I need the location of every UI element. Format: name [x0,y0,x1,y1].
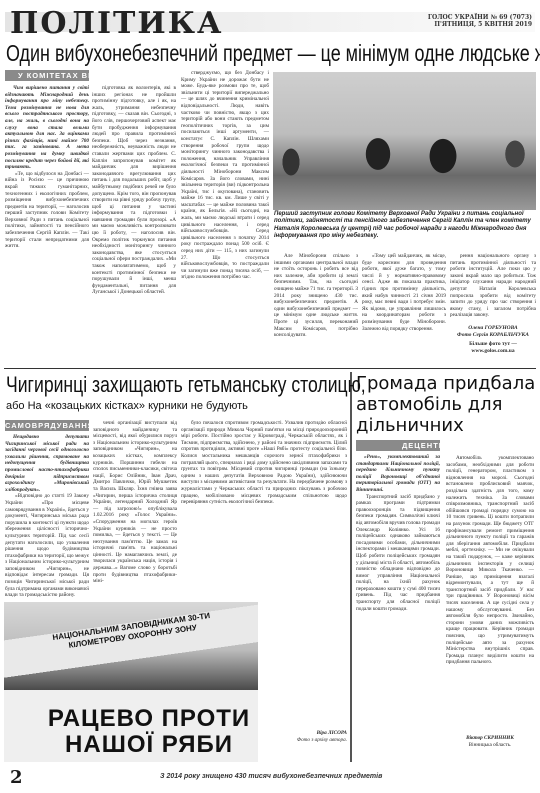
article1-column-5: «Тому цей майданчик, як місце, буде кори… [362,253,446,366]
protest-banner-top: НАЦІОНАЛЬНИМ ЗАПОВІДНИКАМ 30-ТИ КІЛОМЕТР… [51,611,212,653]
article3-section-label: ДЕЦЕНТРАЛІЗАЦІЯ [356,440,440,451]
newspaper-page: ПОЛІТИКА ГОЛОС УКРАЇНИ № 69 (7073) П'ЯТН… [0,0,540,793]
article2-column-2: чечні організації виступали від заповідн… [93,420,177,600]
article1-column-6: рення національного органу з питань прот… [450,253,536,366]
footer-tagline: З 2014 року знищено 430 тисяч вибухонебе… [160,773,382,780]
article1-column-3: стверджуємо, що без Донбасу і Криму Укра… [181,70,269,366]
article1-photo-credit: Фото Сергія КОРАБЛЬЧУКА [450,332,536,339]
publication-issue: ГОЛОС УКРАЇНИ № 69 (7073) [428,14,532,21]
divider-vertical [350,372,352,762]
page-number: 2 [10,768,23,788]
masthead-info: ГОЛОС УКРАЇНИ № 69 (7073) П'ЯТНИЦЯ, 5 КВ… [428,14,532,28]
article1-body-4: Але Міноборони спільно з іншими органами… [274,253,358,339]
article3-author: Віктор СКРИННИК [446,735,534,742]
article2-body-1: «Відповідно до статті 19 Закону України … [5,493,89,599]
article1-column-1: У КОМІТЕТАХ ВЕРХОВНОЇ РАДИ Чим вирішено … [5,70,89,366]
article2-headline: Чигиринці захищають гетьманську столицю, [6,372,366,398]
article2-body-2: чечні організації виступали від заповідн… [93,420,177,585]
article1-photo-meeting [273,72,536,210]
article2-body-3: було почалося спротивом громадськості. У… [181,420,347,506]
article1-body-5: «Тому цей майданчик, як місце, буде кори… [362,253,446,332]
article1-headline: Один вибухонебезпечний предмет — це міні… [6,40,540,66]
article2-column-1: САМОВРЯДУВАННЯ Нещодавно депутати Чигири… [5,420,89,600]
article2-author: Віра ЛІСОРА [262,730,347,737]
article3-body-2: Автомобіль укомплектовано засобами, необ… [446,455,534,735]
article1-body-2: підготовка як волонтерів, які в інших ре… [92,85,176,296]
article1-lead: Чим вирішено питання у світі відзначають… [5,85,89,171]
article3-region: Вінницька область. [446,742,534,749]
article2-signature-block: Віра ЛІСОРА Фото з архіву автора. [262,730,347,762]
article1-column-2: підготовка як волонтерів, які в інших ре… [92,85,176,366]
article2-photo-protest: НАЦІОНАЛЬНИМ ЗАПОВІДНИКАМ 30-ТИ КІЛОМЕТР… [4,602,258,762]
article1-body-1: «Те, що відбулося на Донбасі — війна із … [5,171,89,250]
divider-horizontal [4,368,536,369]
article1-more-photos: Більше фото тут — www.golos.com.ua [450,341,536,354]
article2-photo-credit: Фото з архіву автора. [262,737,347,744]
article3-headline: Громада придбала автомобіль для дільничн… [356,373,536,436]
article2-section-label: САМОВРЯДУВАННЯ [5,420,89,431]
article2-lead: Нещодавно депутати Чигиринської міської … [5,434,89,493]
article1-author: Олена ГОРБУНОВА [450,325,536,332]
article1-photo-caption: Перший заступник голови Комітету Верховн… [274,211,536,240]
article1-section-label: У КОМІТЕТАХ ВЕРХОВНОЇ РАДИ [5,70,89,81]
article1-body-3: стверджуємо, що без Донбасу і Криму Укра… [181,70,269,281]
article1-column-4: Але Міноборони спільно з іншими органами… [274,253,358,366]
article2-column-3: було почалося спротивом громадськості. У… [181,420,347,600]
article2-subhead: або На «козацьких кістках» курники не бу… [6,400,248,413]
article3-column-2: Автомобіль укомплектовано засобами, необ… [446,455,534,762]
publication-date: П'ЯТНИЦЯ, 5 КВІТНЯ 2019 [428,21,532,28]
section-rubric: ПОЛІТИКА [10,8,223,40]
article3-lead: «Рено», укомплектований за стандартами Н… [356,454,440,494]
protest-banner-bottom: РАЦЕВО ПРОТИ НАШОЇ РЯБИ [44,706,254,758]
article3-column-1: ДЕЦЕНТРАЛІЗАЦІЯ «Рено», укомплектований … [356,440,440,760]
article3-body-1: Транспортний засіб придбано у рамках про… [356,494,440,613]
article1-body-6: рення національного органу з питань прот… [450,253,536,325]
